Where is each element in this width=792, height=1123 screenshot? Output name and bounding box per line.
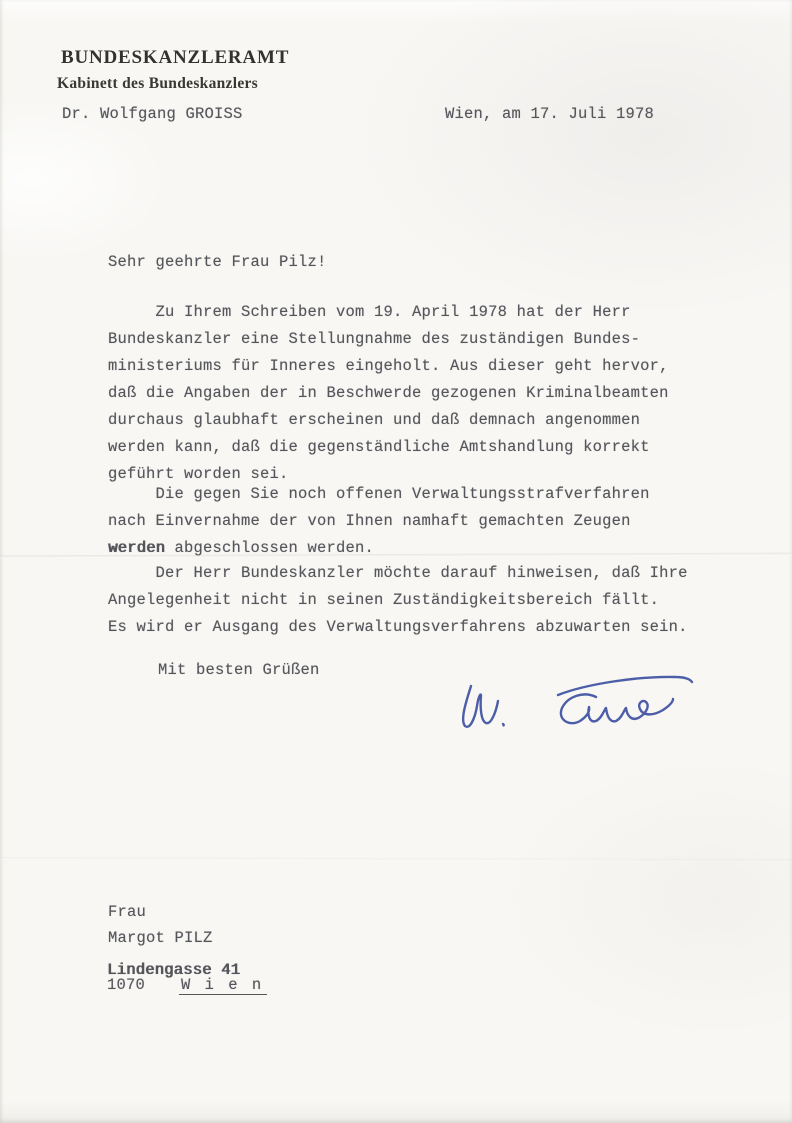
letterhead-department: Kabinett des Bundeskanzlers <box>57 75 258 93</box>
paragraph-2: Die gegen Sie noch offenen Verwaltungsst… <box>108 481 650 562</box>
recipient-title: Frau <box>108 899 146 926</box>
recipient-city: W i e n <box>179 976 267 995</box>
letterhead-organization: BUNDESKANZLERAMT <box>61 47 289 69</box>
fold-crease <box>0 857 792 862</box>
paragraph-3: Der Herr Bundeskanzler möchte darauf hin… <box>108 560 688 641</box>
paragraph-1: Zu Ihrem Schreiben vom 19. April 1978 ha… <box>108 299 669 488</box>
signature <box>446 664 696 754</box>
paragraph-2-text: Die gegen Sie noch offenen Verwaltungsst… <box>108 485 650 530</box>
overstruck-word: werden <box>108 539 165 557</box>
salutation: Sehr geehrte Frau Pilz! <box>108 249 327 276</box>
recipient-postal-code: 1070 <box>107 976 145 994</box>
scanned-letter-page: BUNDESKANZLERAMT Kabinett des Bundeskanz… <box>0 0 792 1123</box>
place-date-line: Wien, am 17. Juli 1978 <box>445 101 654 128</box>
paragraph-2-text-end: abgeschlossen werden. <box>165 539 374 557</box>
official-name: Dr. Wolfgang GROISS <box>62 101 243 128</box>
valediction: Mit besten Grüßen <box>158 657 320 684</box>
recipient-name: Margot PILZ <box>108 925 213 952</box>
recipient-city-line: 1070W i e n <box>107 972 267 999</box>
